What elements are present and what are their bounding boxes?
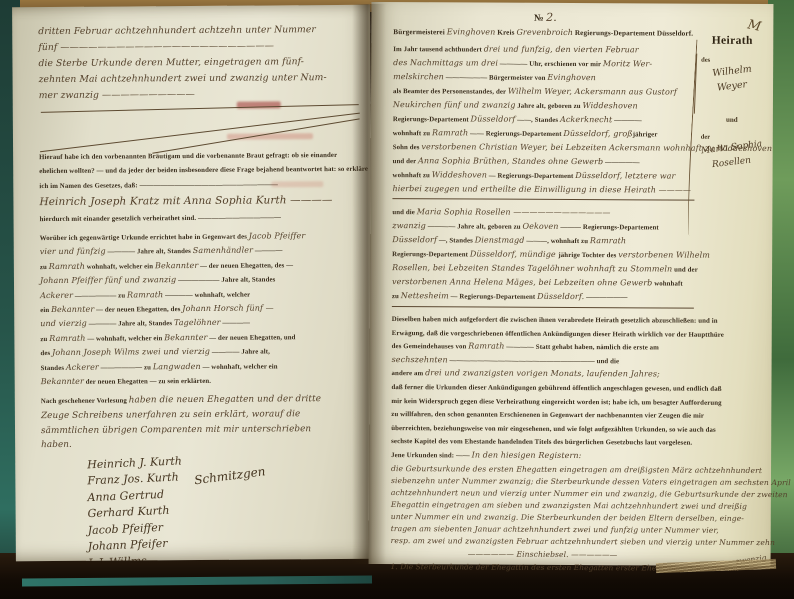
- strikethrough-line: [41, 104, 359, 113]
- register-left-page: dritten Februar achtzehnhundert achtzehn…: [12, 5, 374, 561]
- text-line: des Gemeindehauses von Ramrath ———— Stat…: [392, 339, 696, 354]
- text-line: zehnten Mai achtzehnhundert zwei und zwa…: [39, 69, 361, 87]
- left-page-content: dritten Februar achtzehnhundert achtzehn…: [12, 5, 374, 561]
- text-line: unter Nummer ein und zwanzig. Die Sterbe…: [391, 510, 695, 524]
- spouses-details-block: Im Jahr tausend achthundert drei und fun…: [392, 41, 697, 309]
- text-line: zu willfahren, den schon genannten Ersch…: [391, 407, 695, 422]
- text-line: daß ferner die Urkunden dieser Ankündigu…: [391, 380, 695, 395]
- text-line: Dieselben haben mich aufgefordert die zw…: [392, 312, 696, 327]
- text-line: zu Nettesheim — Regierungs-Departement D…: [392, 288, 696, 304]
- book-gutter-shadow: [352, 4, 386, 564]
- blank-space-strikethrough: [39, 101, 361, 149]
- text-line: siebenzehn unter Nummer zwanzig; die Ste…: [391, 474, 695, 488]
- strikethrough-line: [40, 113, 360, 153]
- text-line: Jene Urkunden sind: —— In den hiesigen R…: [391, 448, 695, 463]
- text-line: Bekannter der neuen Ehegatten — zu sein …: [41, 372, 363, 389]
- red-ink-bleedthrough: [271, 181, 323, 187]
- footnote-line: 1. Die Sterbeurkunde der Ehegattin des e…: [390, 559, 694, 574]
- right-page-main-column: № 2. Bürgermeisterei Evinghoven Kreis Gr…: [390, 10, 697, 573]
- rule-line: [392, 198, 694, 201]
- text-line: dritten Februar achtzehnhundert achtzehn…: [38, 21, 360, 39]
- document-references-block: dritten Februar achtzehnhundert achtzehn…: [38, 21, 361, 103]
- closing-statement-block: Nach geschehener Vorlesung haben die neu…: [41, 390, 363, 451]
- margin-title-heirath: Heirath: [699, 35, 765, 47]
- documents-listing-block: die Geburtsurkunde des ersten Ehegatten …: [391, 462, 695, 548]
- text-line: Heinrich Joseph Kratz mit Anna Sophia Ku…: [39, 193, 361, 209]
- register-right-page: № 2. Bürgermeisterei Evinghoven Kreis Gr…: [369, 2, 774, 566]
- text-line: Nach geschehener Vorlesung haben die neu…: [41, 390, 363, 408]
- book-photo: dritten Februar achtzehnhundert achtzehn…: [0, 0, 794, 599]
- rule-line: [392, 306, 694, 309]
- text-line: hierbei zugegen und ertheilte die Einwil…: [392, 181, 696, 196]
- text-line: resp. am zwei und zwanzigsten Februar ac…: [391, 534, 695, 548]
- text-line: 1. Die Sterbeurkunde der Ehegattin des e…: [390, 559, 694, 574]
- signatures-block: Heinrich J. KurthFranz Jos. KurthSchmitz…: [41, 452, 364, 561]
- margin-label-und: und: [699, 116, 765, 124]
- record-header-line: Bürgermeisterei Evinghoven Kreis Grevenb…: [393, 24, 697, 40]
- text-line: Bürgermeisterei Evinghoven Kreis Grevenb…: [393, 24, 697, 40]
- text-line: Ehegattin eingetragen am sieben und zwan…: [391, 498, 695, 512]
- proclamation-paragraph: Dieselben haben mich aufgefordert die zw…: [391, 312, 696, 463]
- right-page-margin-column: M Heirath des Wilhelm Weyer und der Mari…: [699, 14, 766, 171]
- page-marker-letter: M: [699, 7, 767, 36]
- text-line: ehelichen wollten? — und da jeder der be…: [39, 161, 361, 178]
- text-line: achtzehnhundert neun und vierzig unter N…: [391, 486, 695, 500]
- text-line: hierdurch mit einander gesetzlich verhei…: [39, 208, 361, 225]
- text-line: die Geburtsurkunde des ersten Ehegatten …: [391, 462, 695, 476]
- text-line: tragen am siebenten Januar achtzehnhunde…: [391, 522, 695, 536]
- text-line: haben.: [41, 435, 363, 452]
